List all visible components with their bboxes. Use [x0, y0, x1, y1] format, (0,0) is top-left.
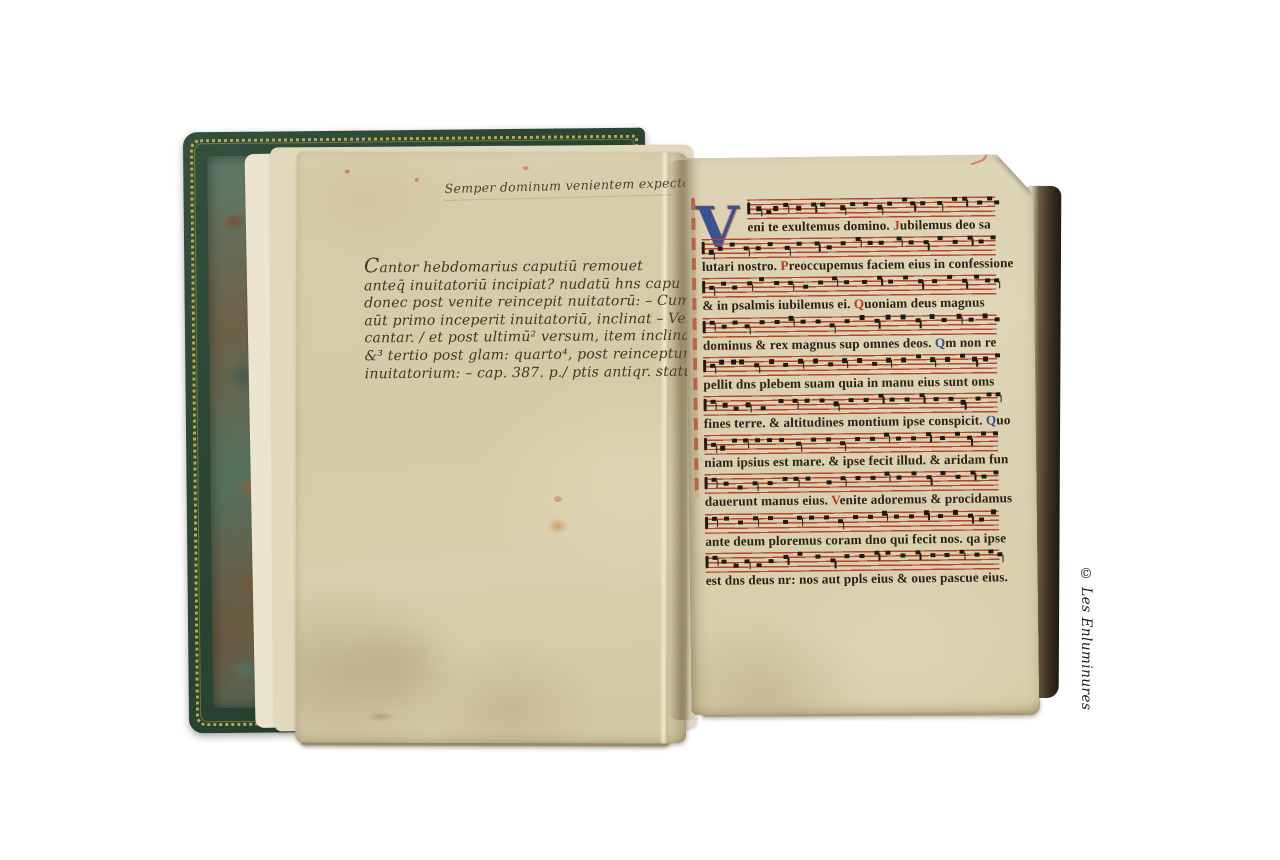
red-foliation-mark — [967, 146, 990, 166]
neume-note — [814, 241, 819, 245]
neume-note — [845, 319, 850, 323]
neume-note — [897, 475, 902, 479]
neume-note — [753, 481, 758, 485]
neume-note — [915, 550, 920, 554]
neume-note — [987, 392, 992, 396]
right-vellum-page-music: V eni te exultemus domino. Jubilemus deo… — [685, 154, 1040, 715]
neume-note — [862, 280, 867, 284]
neume-note — [828, 362, 833, 366]
neume-note — [834, 402, 839, 406]
neume-note — [709, 286, 714, 290]
chant-text-segment: & in psalmis iubilemus ei. — [702, 296, 854, 313]
chant-text-segment: dominus & rex magnus sup omnes deos. — [703, 335, 935, 353]
neume-note — [993, 431, 998, 435]
neume-note — [918, 279, 923, 283]
neume-note — [859, 315, 864, 319]
neume-note — [745, 559, 750, 563]
neume-note — [953, 510, 958, 514]
neume-note — [722, 403, 727, 407]
colored-initial: P — [780, 258, 788, 273]
neume-note — [940, 436, 945, 440]
neume-note — [797, 516, 802, 520]
neume-note — [863, 397, 868, 401]
neume-note — [911, 471, 916, 475]
colored-initial: V — [831, 493, 840, 508]
neume-note — [870, 437, 875, 441]
music-system: fines terre. & altitudines montium ipse … — [704, 392, 998, 432]
red-staff-lines — [704, 392, 998, 416]
neume-note — [977, 200, 982, 204]
neume-note — [967, 236, 972, 240]
neume-note — [729, 242, 734, 246]
neume-note — [826, 437, 831, 441]
neume-note — [774, 320, 779, 324]
neume-note — [760, 320, 765, 324]
neume-note — [994, 470, 999, 474]
neume-note — [796, 441, 801, 445]
neume-note — [903, 276, 908, 280]
neume-note — [945, 357, 950, 361]
neume-note — [845, 554, 850, 558]
neume-note — [979, 239, 984, 243]
chant-text-segment: ubilemus deo sa — [900, 216, 991, 232]
neume-note — [841, 476, 846, 480]
neume-note — [841, 241, 846, 245]
neume-note — [923, 240, 928, 244]
neume-note — [830, 558, 835, 562]
neume-note — [818, 280, 823, 284]
neume-note — [783, 202, 788, 206]
chant-text-segment: uoniam deus magnus — [864, 295, 985, 311]
neume-note — [878, 205, 883, 209]
neume-note — [974, 553, 979, 557]
neume-note — [840, 441, 845, 445]
music-system: est dns deus nr: nos aut ppls eius & oue… — [705, 549, 999, 589]
red-staff-lines — [747, 196, 995, 219]
neume-note — [931, 357, 936, 361]
neume-note — [897, 237, 902, 241]
neume-note — [890, 397, 895, 401]
neume-note — [733, 321, 738, 325]
neume-note — [995, 317, 1000, 321]
neume-note — [719, 360, 724, 364]
neume-note — [711, 442, 716, 446]
neume-note — [774, 281, 779, 285]
neume-note — [824, 516, 829, 520]
neume-note — [769, 359, 774, 363]
neume-note — [710, 321, 715, 325]
neume-note — [962, 197, 967, 201]
neume-note — [926, 475, 931, 479]
neume-note — [994, 278, 999, 282]
neume-note — [732, 438, 737, 442]
neume-note — [960, 353, 965, 357]
music-system: lutari nostro. Preoccupemus faciem eius … — [702, 236, 996, 276]
neume-note — [743, 438, 748, 442]
neume-note — [905, 397, 910, 401]
rubric-text-block: Cantor hebdomarius caputiū remouetanteq̄… — [364, 255, 681, 384]
neume-note — [721, 325, 726, 329]
music-system: dominus & rex magnus sup omnes deos. Qm … — [703, 314, 997, 354]
red-staff-lines — [703, 314, 997, 338]
neume-note — [811, 202, 816, 206]
neume-note — [819, 398, 824, 402]
neume-note — [926, 432, 931, 436]
neume-note — [874, 319, 879, 323]
neume-note — [996, 392, 1001, 396]
neume-note — [983, 357, 988, 361]
motto-inscription: Semper dominum venientem expecta . — [444, 175, 672, 201]
music-system: & in psalmis iubilemus ei. Quoniam deus … — [702, 275, 996, 315]
neume-note — [744, 246, 749, 250]
music-system: dauerunt manus eius. Venite adoremus & p… — [704, 471, 998, 511]
neume-note — [941, 471, 946, 475]
neume-note — [789, 316, 794, 320]
neume-note — [991, 510, 996, 514]
neume-note — [982, 474, 987, 478]
neume-note — [983, 314, 988, 318]
manuscript-text-line: Cantor hebdomarius caputiū remouet — [364, 255, 680, 278]
neume-note — [987, 196, 992, 200]
chant-text-segment: dauerunt manus eius. — [705, 493, 832, 510]
neume-note — [855, 437, 860, 441]
neume-note — [949, 396, 954, 400]
red-staff-lines — [702, 236, 996, 260]
neume-note — [850, 202, 855, 206]
music-notation-area: eni te exultemus domino. Jubilemus deo s… — [701, 196, 1000, 591]
manuscript-text-line: inuitatorium: – cap. 387. p./ ptis antiq… — [365, 363, 681, 383]
neume-note — [805, 398, 810, 402]
neume-note — [844, 280, 849, 284]
neume-note — [710, 399, 715, 403]
neume-note — [717, 246, 722, 250]
neume-note — [867, 241, 872, 245]
small-stain — [554, 496, 562, 502]
folded-corner — [997, 154, 1033, 194]
neume-note — [991, 235, 996, 239]
neume-note — [930, 314, 935, 318]
neume-note — [754, 363, 759, 367]
music-system: eni te exultemus domino. Jubilemus deo s… — [701, 196, 995, 236]
neume-note — [930, 553, 935, 557]
neume-note — [794, 477, 799, 481]
neume-note — [806, 477, 811, 481]
neume-note — [863, 202, 868, 206]
neume-note — [745, 324, 750, 328]
neume-note — [938, 236, 943, 240]
neume-note — [856, 237, 861, 241]
neume-note — [924, 511, 929, 515]
neume-note — [779, 438, 784, 442]
chant-text-segment: m non re — [945, 334, 996, 350]
smudge — [365, 712, 395, 722]
neume-note — [956, 314, 961, 318]
neume-note — [782, 477, 787, 481]
neume-note — [975, 396, 980, 400]
neume-note — [755, 438, 760, 442]
neume-note — [955, 432, 960, 436]
neume-note — [886, 315, 891, 319]
neume-note — [803, 284, 808, 288]
neume-note — [910, 201, 915, 205]
neume-note — [994, 200, 999, 204]
neume-note — [785, 245, 790, 249]
red-staff-lines — [703, 353, 997, 377]
neume-note — [766, 210, 771, 214]
neume-note — [953, 240, 958, 244]
neume-note — [738, 520, 743, 524]
orange-stain — [547, 518, 569, 534]
neume-note — [733, 285, 738, 289]
book-gutter-shadow — [668, 160, 698, 720]
neume-note — [995, 353, 1000, 357]
neume-note — [947, 275, 952, 279]
manuscript-text-line: donec post venite reincepit nuitatorū: –… — [364, 293, 680, 313]
neume-note — [872, 362, 877, 366]
neume-note — [809, 516, 814, 520]
red-staff-lines — [705, 510, 999, 534]
neume-note — [874, 550, 879, 554]
neume-note — [712, 556, 717, 560]
neume-note — [768, 559, 773, 563]
neume-note — [759, 277, 764, 281]
neume-note — [902, 197, 907, 201]
neume-note — [952, 197, 957, 201]
neume-note — [757, 563, 762, 567]
neume-note — [967, 435, 972, 439]
neume-note — [932, 279, 937, 283]
neume-note — [886, 550, 891, 554]
neume-note — [849, 398, 854, 402]
neume-note — [778, 398, 783, 402]
red-speck — [345, 170, 350, 174]
neume-note — [798, 551, 803, 555]
chant-text-segment: reoccupemus faciem eius in confessione — [789, 255, 1014, 273]
neume-note — [724, 517, 729, 521]
neume-note — [901, 315, 906, 319]
neume-note — [734, 407, 739, 411]
neume-note — [937, 201, 942, 205]
neume-note — [989, 549, 994, 553]
neume-note — [919, 393, 924, 397]
neume-note — [832, 276, 837, 280]
neume-note — [747, 281, 752, 285]
neume-note — [920, 201, 925, 205]
neume-note — [868, 515, 873, 519]
neume-note — [934, 397, 939, 401]
colored-initial: Q — [986, 412, 997, 427]
neume-note — [711, 478, 716, 482]
neume-note — [774, 206, 779, 210]
neume-note — [959, 549, 964, 553]
neume-note — [815, 320, 820, 324]
neume-note — [942, 318, 947, 322]
neume-note — [813, 359, 818, 363]
neume-note — [821, 202, 826, 206]
neume-note — [877, 276, 882, 280]
neume-note — [746, 403, 751, 407]
neume-note — [985, 278, 990, 282]
neume-note — [761, 406, 766, 410]
neume-note — [894, 515, 899, 519]
neume-note — [723, 481, 728, 485]
red-speck — [523, 166, 529, 170]
music-system: pellit dns plebem suam quia in manu eius… — [703, 353, 997, 393]
neume-note — [960, 400, 965, 404]
neume-note — [896, 436, 901, 440]
neume-note — [916, 354, 921, 358]
colored-initial: Q — [854, 296, 865, 311]
neume-note — [901, 554, 906, 558]
neume-note — [710, 364, 715, 368]
neume-note — [733, 563, 738, 567]
neume-note — [793, 398, 798, 402]
neume-note — [842, 359, 847, 363]
neume-note — [888, 201, 893, 205]
music-system: niam ipsius est mare. & ipse fecit illud… — [704, 431, 998, 471]
neume-note — [796, 206, 801, 210]
neume-note — [767, 242, 772, 246]
neume-note — [981, 431, 986, 435]
chant-text-line: eni te exultemus domino. Jubilemus deo s… — [747, 216, 995, 236]
neume-note — [788, 281, 793, 285]
neume-note — [901, 358, 906, 362]
chant-text-segment: lutari nostro. — [702, 258, 781, 274]
neume-note — [908, 240, 913, 244]
neume-note — [945, 553, 950, 557]
neume-note — [859, 554, 864, 558]
red-staff-lines — [702, 275, 996, 299]
neume-note — [979, 517, 984, 521]
neume-note — [815, 555, 820, 559]
neume-note — [798, 359, 803, 363]
neume-note — [972, 357, 977, 361]
red-staff-lines — [705, 549, 999, 573]
neume-note — [878, 393, 883, 397]
neume-note — [826, 245, 831, 249]
neume-note — [801, 320, 806, 324]
neume-note — [853, 515, 858, 519]
neume-note — [720, 446, 725, 450]
neume-note — [968, 514, 973, 518]
neume-note — [756, 246, 761, 250]
left-vellum-page: Semper dominum venientem expecta . Canto… — [295, 151, 688, 743]
neume-note — [885, 472, 890, 476]
red-speck — [415, 178, 419, 182]
neume-note — [783, 555, 788, 559]
neume-note — [753, 516, 758, 520]
neume-note — [767, 481, 772, 485]
neume-note — [768, 516, 773, 520]
neume-note — [909, 514, 914, 518]
neume-note — [974, 275, 979, 279]
red-staff-lines — [704, 431, 998, 455]
manuscript-text-line: &³ tertio post glam: quarto⁴, post reinc… — [365, 346, 681, 366]
photographer-credit-watermark: © Les Enluminures — [1068, 566, 1094, 706]
chant-text-segment: eni te exultemus domino. — [747, 218, 893, 235]
chant-text-segment: enite adoremus & procidamus — [840, 490, 1013, 507]
neume-note — [968, 318, 973, 322]
damp-stain — [335, 622, 455, 712]
neume-note — [767, 438, 772, 442]
neume-note — [938, 514, 943, 518]
neume-note — [709, 250, 714, 254]
neume-note — [886, 358, 891, 362]
neume-note — [955, 475, 960, 479]
neume-note — [738, 485, 743, 489]
neume-note — [884, 433, 889, 437]
neume-note — [838, 519, 843, 523]
chant-text-segment: uo — [996, 412, 1010, 427]
neume-note — [739, 360, 744, 364]
neume-note — [911, 436, 916, 440]
neume-note — [840, 206, 845, 210]
neume-note — [783, 520, 788, 524]
neume-note — [879, 240, 884, 244]
neume-note — [797, 242, 802, 246]
neume-note — [811, 437, 816, 441]
neume-note — [882, 511, 887, 515]
neume-note — [826, 480, 831, 484]
neume-note — [962, 279, 967, 283]
neume-note — [756, 207, 761, 211]
neume-note — [970, 471, 975, 475]
neume-note — [721, 282, 726, 286]
neume-note — [731, 360, 736, 364]
neume-note — [857, 358, 862, 362]
neume-note — [721, 560, 726, 564]
neume-note — [870, 476, 875, 480]
neume-note — [856, 476, 861, 480]
neume-note — [830, 323, 835, 327]
neume-note — [712, 517, 717, 521]
neume-note — [998, 553, 1003, 557]
neume-note — [888, 280, 893, 284]
neume-note — [784, 363, 789, 367]
red-staff-lines — [704, 471, 998, 495]
neume-note — [915, 318, 920, 322]
music-system: ante deum ploremus coram dno qui fecit n… — [705, 510, 999, 550]
